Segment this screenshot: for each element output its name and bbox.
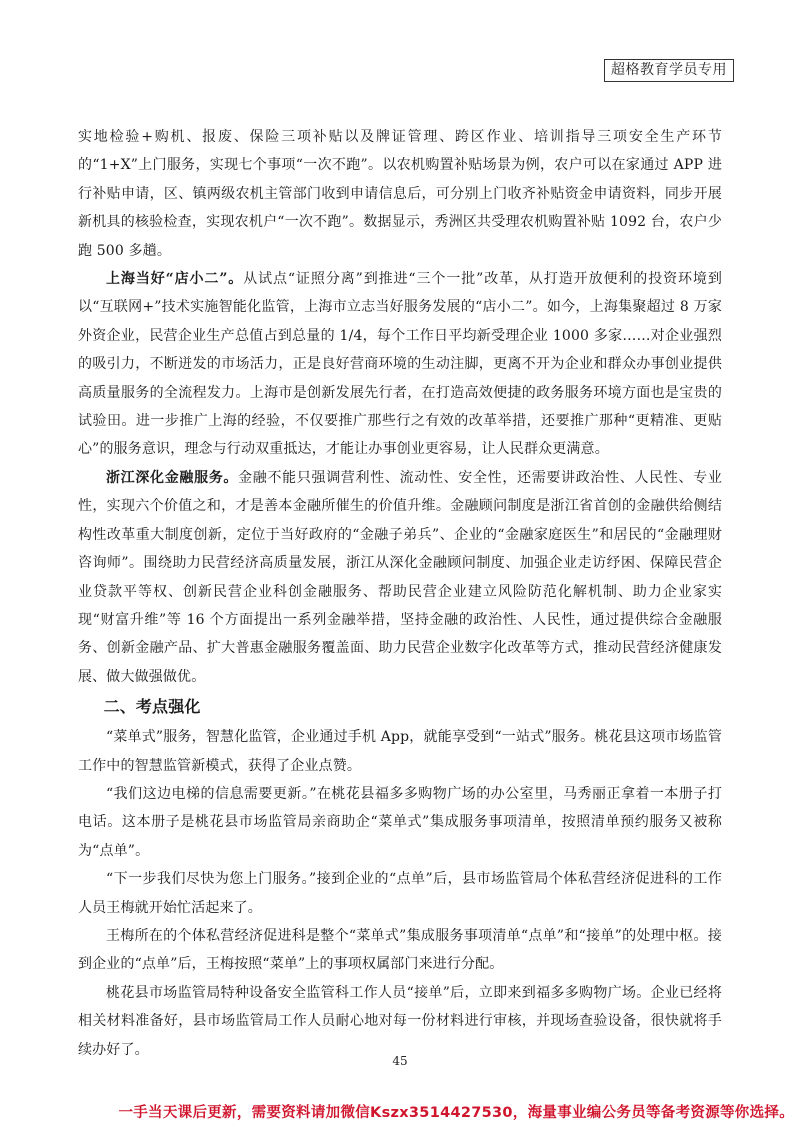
paragraph-text: 金融不能只强调营利性、流动性、安全性，还需要讲政治性、人民性、专业性，实现六个价… — [78, 470, 722, 685]
paragraph-shanghai: 上海当好“店小二”。从试点“证照分离”到推进“三个一批”改革，从打造开放便利的投… — [78, 265, 722, 464]
header-stamp: 超格教育学员专用 — [604, 59, 734, 82]
paragraph: “菜单式”服务，智慧化监管，企业通过手机 App，就能享受到“一站式”服务。桃花… — [78, 723, 722, 780]
paragraph: “我们这边电梯的信息需要更新。”在桃花县福多多购物广场的办公室里，马秀丽正拿着一… — [78, 780, 722, 865]
document-body: 实地检验+购机、报废、保险三项补贴以及牌证管理、跨区作业、培训指导三项安全生产环… — [78, 123, 722, 1064]
footer-promo-note: 一手当天课后更新，需要资料请加微信Kszx3514427530，海量事业编公务员… — [70, 1101, 800, 1122]
paragraph-continuation: 实地检验+购机、报废、保险三项补贴以及牌证管理、跨区作业、培训指导三项安全生产环… — [78, 123, 722, 265]
paragraph: “下一步我们尽快为您上门服务。”接到企业的“点单”后，县市场监管局个体私营经济促… — [78, 865, 722, 922]
page-number: 45 — [0, 1054, 800, 1068]
paragraph: 王梅所在的个体私营经济促进科是整个“菜单式”集成服务事项清单“点单”和“接单”的… — [78, 922, 722, 979]
paragraph-lead: 浙江深化金融服务。 — [106, 470, 238, 486]
paragraph-text: 从试点“证照分离”到推进“三个一批”改革，从打造开放便利的投资环境到以“互联网+… — [78, 271, 722, 457]
paragraph-lead: 上海当好“店小二”。 — [106, 271, 243, 287]
section-heading: 二、考点强化 — [78, 692, 722, 722]
paragraph: 桃花县市场监管局特种设备安全监管科工作人员“接单”后，立即来到福多多购物广场。企… — [78, 979, 722, 1064]
paragraph-zhejiang: 浙江深化金融服务。金融不能只强调营利性、流动性、安全性，还需要讲政治性、人民性、… — [78, 464, 722, 691]
paragraph-text: 实地检验+购机、报废、保险三项补贴以及牌证管理、跨区作业、培训指导三项安全生产环… — [78, 129, 722, 259]
